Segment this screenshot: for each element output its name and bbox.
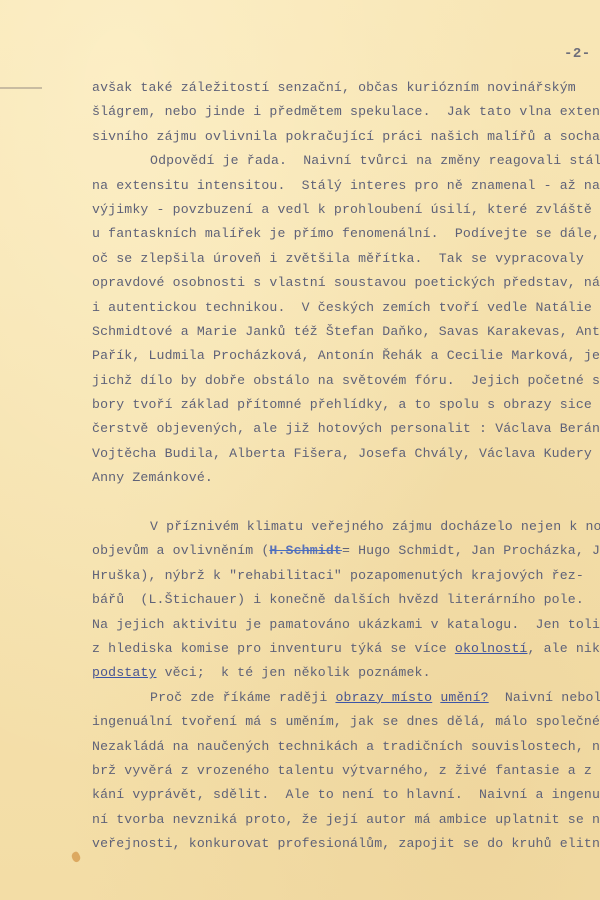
- text-line: sivního zájmu ovlivnila pokračující prác…: [92, 125, 600, 149]
- typewritten-text-body: avšak také záležitostí senzační, občas k…: [92, 76, 600, 857]
- text-line: Vojtěcha Budila, Alberta Fišera, Josefa …: [92, 442, 600, 466]
- text-line: Hruška), nýbrž k "rehabilitaci" pozapome…: [92, 564, 600, 588]
- text-segment: ingenuální tvoření má s uměním, jak se d…: [92, 714, 600, 729]
- text-segment: sivního zájmu ovlivnila pokračující prác…: [92, 129, 600, 144]
- text-segment: z hlediska komise pro inventuru týká se …: [92, 641, 455, 656]
- text-segment: = Hugo Schmidt, Jan Procházka, Jan: [342, 543, 600, 558]
- text-segment: Vojtěcha Budila, Alberta Fišera, Josefa …: [92, 446, 600, 461]
- struck-out-text: H.Schmidt: [269, 543, 342, 558]
- text-line: veřejnosti, konkurovat profesionálům, za…: [92, 832, 600, 856]
- underlined-text: obrazy místo: [335, 690, 432, 705]
- text-segment: V příznivém klimatu veřejného zájmu doch…: [150, 519, 600, 534]
- text-line: bářů (L.Štichauer) i konečně dalších hvě…: [92, 588, 600, 612]
- text-line: Na jejich aktivitu je pamatováno ukázkam…: [92, 613, 600, 637]
- text-line: Schmidtové a Marie Janků též Štefan Daňk…: [92, 320, 600, 344]
- text-line: brž vyvěrá z vrozeného talentu výtvarnéh…: [92, 759, 600, 783]
- text-segment: čerstvě objevených, ale již hotových per…: [92, 421, 600, 436]
- text-segment: brž vyvěrá z vrozeného talentu výtvarnéh…: [92, 763, 600, 778]
- text-segment: i autentickou technikou. V českých zemíc…: [92, 300, 592, 315]
- text-line: podstaty věci; k té jen několik poznámek…: [92, 661, 600, 685]
- text-line: objevům a ovlivněním (H.Schmidt= Hugo Sc…: [92, 539, 600, 563]
- text-segment: avšak také záležitostí senzační, občas k…: [92, 80, 576, 95]
- text-line: u fantaskních malířek je přímo fenomenál…: [92, 222, 600, 246]
- text-line: V příznivém klimatu veřejného zájmu doch…: [92, 515, 600, 539]
- text-segment: Na jejich aktivitu je pamatováno ukázkam…: [92, 617, 600, 632]
- text-segment: , ale nikoli: [527, 641, 600, 656]
- text-segment: výjimky - povzbuzení a vedl k prohlouben…: [92, 202, 592, 217]
- underlined-text: podstaty: [92, 665, 157, 680]
- text-line: čerstvě objevených, ale již hotových per…: [92, 417, 600, 441]
- text-segment: kání vyprávět, sdělit. Ale to není to hl…: [92, 787, 600, 802]
- text-segment: Hruška), nýbrž k "rehabilitaci" pozapome…: [92, 568, 584, 583]
- underlined-text: umění?: [440, 690, 488, 705]
- text-segment: věci; k té jen několik poznámek.: [157, 665, 431, 680]
- text-segment: objevům a ovlivněním (: [92, 543, 269, 558]
- text-line: Nezakládá na naučených technikách a trad…: [92, 735, 600, 759]
- text-segment: ní tvorba nevzniká proto, že její autor …: [92, 812, 600, 827]
- page-number: -2-: [564, 46, 591, 62]
- text-line: Odpovědí je řada. Naivní tvůrci na změny…: [92, 149, 600, 173]
- underlined-text: okolností: [455, 641, 528, 656]
- text-line: Pařík, Ludmila Procházková, Antonín Řehá…: [92, 344, 600, 368]
- text-segment: Anny Zemánkové.: [92, 470, 213, 485]
- text-segment: jichž dílo by dobře obstálo na světovém …: [92, 373, 600, 388]
- text-segment: Schmidtové a Marie Janků též Štefan Daňk…: [92, 324, 600, 339]
- text-segment: Pařík, Ludmila Procházková, Antonín Řehá…: [92, 348, 600, 363]
- text-line: opravdové osobnosti s vlastní soustavou …: [92, 271, 600, 295]
- text-segment: opravdové osobnosti s vlastní soustavou …: [92, 275, 600, 290]
- text-segment: šlágrem, nebo jinde i předmětem spekulac…: [92, 104, 600, 119]
- text-line: šlágrem, nebo jinde i předmětem spekulac…: [92, 100, 600, 124]
- text-segment: Naivní neboli: [489, 690, 600, 705]
- text-segment: Odpovědí je řada. Naivní tvůrci na změny…: [150, 153, 600, 168]
- text-segment: bory tvoří základ přítomné přehlídky, a …: [92, 397, 592, 412]
- text-line: Proč zde říkáme raději obrazy místo uměn…: [92, 686, 600, 710]
- text-line: Anny Zemánkové.: [92, 466, 600, 490]
- text-segment: Proč zde říkáme raději: [150, 690, 335, 705]
- text-line: kání vyprávět, sdělit. Ale to není to hl…: [92, 783, 600, 807]
- text-segment: u fantaskních malířek je přímo fenomenál…: [92, 226, 600, 241]
- text-line: i autentickou technikou. V českých zemíc…: [92, 296, 600, 320]
- text-line: výjimky - povzbuzení a vedl k prohlouben…: [92, 198, 600, 222]
- text-segment: veřejnosti, konkurovat profesionálům, za…: [92, 836, 600, 851]
- text-line: na extensitu intensitou. Stálý interes p…: [92, 174, 600, 198]
- text-line: oč se zlepšila úroveň i zvětšila měřítka…: [92, 247, 600, 271]
- text-line: [92, 491, 600, 515]
- text-line: avšak také záležitostí senzační, občas k…: [92, 76, 600, 100]
- text-segment: bářů (L.Štichauer) i konečně dalších hvě…: [92, 592, 584, 607]
- text-line: ingenuální tvoření má s uměním, jak se d…: [92, 710, 600, 734]
- margin-mark: [0, 87, 42, 89]
- text-line: bory tvoří základ přítomné přehlídky, a …: [92, 393, 600, 417]
- text-segment: Nezakládá na naučených technikách a trad…: [92, 739, 600, 754]
- text-line: z hlediska komise pro inventuru týká se …: [92, 637, 600, 661]
- text-segment: na extensitu intensitou. Stálý interes p…: [92, 178, 600, 193]
- text-segment: oč se zlepšila úroveň i zvětšila měřítka…: [92, 251, 584, 266]
- text-line: ní tvorba nevzniká proto, že její autor …: [92, 808, 600, 832]
- text-line: jichž dílo by dobře obstálo na světovém …: [92, 369, 600, 393]
